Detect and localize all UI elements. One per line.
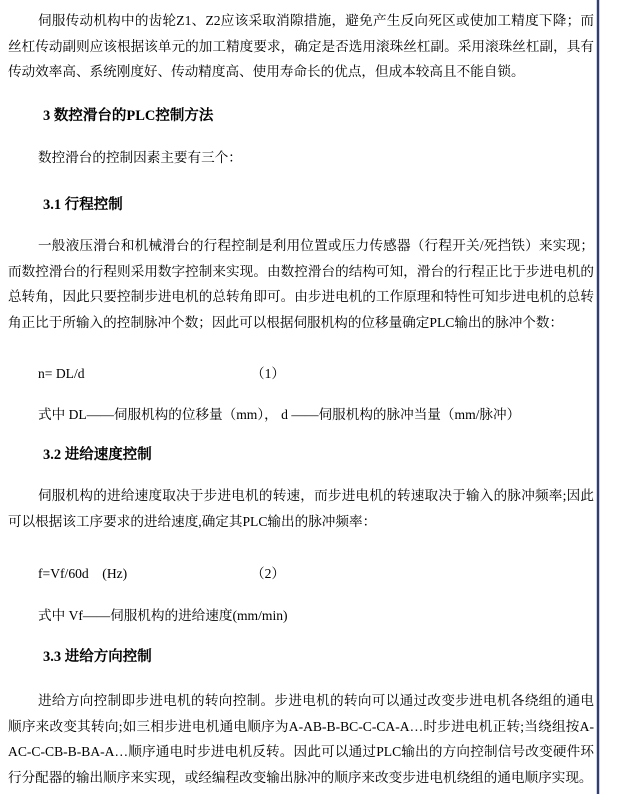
document-content: 伺服传动机构中的齿轮Z1、Z2应该采取消隙措施，避免产生反向死区或使加工精度下降… <box>8 0 594 790</box>
section-heading: 3 数控滑台的PLC控制方法 <box>43 106 594 126</box>
body-paragraph-3-2: 伺服机构的进给速度取决于步进电机的转速，而步进电机的转速取决于输入的脉冲频率;因… <box>8 483 594 534</box>
intro-paragraph: 伺服传动机构中的齿轮Z1、Z2应该采取消隙措施，避免产生反向死区或使加工精度下降… <box>8 8 594 85</box>
body-paragraph-3-3: 进给方向控制即步进电机的转向控制。步进电机的转向可以通过改变步进电机各绕组的通电… <box>8 688 594 790</box>
page-right-border-line <box>597 0 599 794</box>
subsection-heading-3-3: 3.3 进给方向控制 <box>43 647 594 667</box>
formula-number-2: （2） <box>251 561 285 587</box>
formula-expression-2: f=Vf/60d (Hz) <box>38 566 127 581</box>
formula-legend-2: 式中 Vf——伺服机构的进给速度(mm/min) <box>8 603 594 629</box>
formula-number-1: （1） <box>251 361 285 387</box>
body-paragraph-3-1: 一般液压滑台和机械滑台的行程控制是利用位置或压力传感器（行程开关/死挡铁）来实现… <box>8 233 594 335</box>
formula-line-2: f=Vf/60d (Hz) （2） <box>8 561 594 587</box>
formula-legend-1: 式中 DL——伺服机构的位移量（mm）， d ——伺服机构的脉冲当量（mm/脉冲… <box>8 402 594 428</box>
formula-line-1: n= DL/d （1） <box>8 361 594 387</box>
subsection-heading-3-1: 3.1 行程控制 <box>43 195 594 215</box>
subsection-heading-3-2: 3.2 进给速度控制 <box>43 445 594 465</box>
section-lead: 数控滑台的控制因素主要有三个： <box>8 145 594 171</box>
formula-expression-1: n= DL/d <box>38 366 85 381</box>
document-page: 伺服传动机构中的齿轮Z1、Z2应该采取消隙措施，避免产生反向死区或使加工精度下降… <box>0 0 640 797</box>
